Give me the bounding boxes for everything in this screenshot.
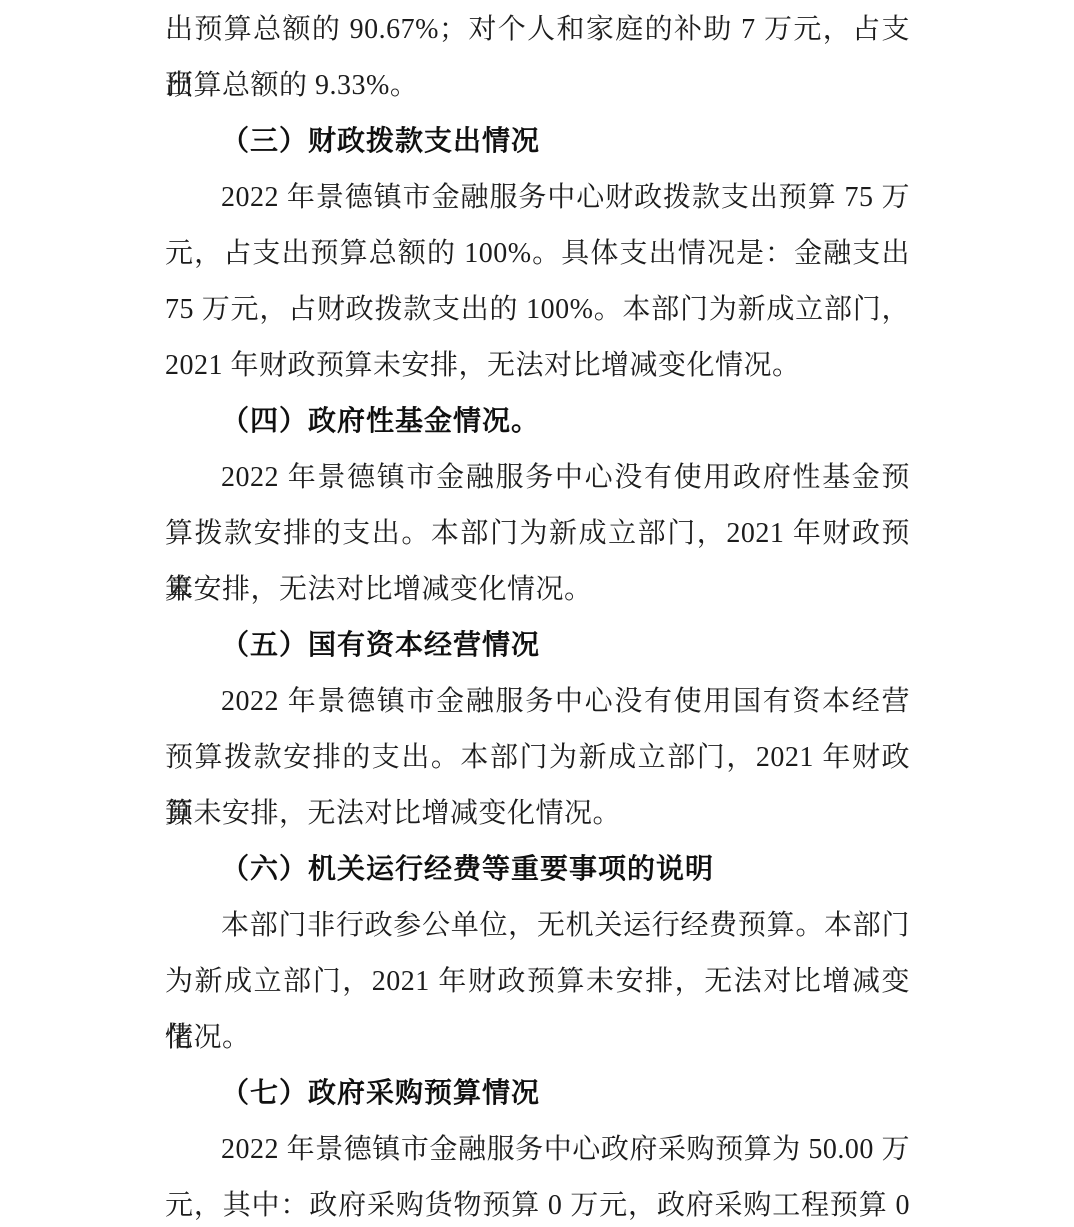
text-line: 预算总额的 9.33%。 [165,58,910,114]
section-heading-6: （六）机关运行经费等重要事项的说明 [165,842,910,898]
text-line: 预算拨款安排的支出。本部门为新成立部门，2021 年财政预 [165,730,910,786]
text-line: 2022 年景德镇市金融服务中心没有使用国有资本经营 [165,674,910,730]
text-line: 75 万元，占财政拨款支出的 100%。本部门为新成立部门， [165,282,910,338]
text-line: 元，其中：政府采购货物预算 0 万元，政府采购工程预算 0 [165,1178,910,1227]
document-page: 出预算总额的 90.67%；对个人和家庭的补助 7 万元，占支出 预算总额的 9… [0,0,1074,1227]
text-line: 2021 年财政预算未安排，无法对比增减变化情况。 [165,338,910,394]
text-line: 算未安排，无法对比增减变化情况。 [165,786,910,842]
text-line: 算拨款安排的支出。本部门为新成立部门，2021 年财政预算 [165,506,910,562]
section-heading-7: （七）政府采购预算情况 [165,1066,910,1122]
section-heading-5: （五）国有资本经营情况 [165,618,910,674]
paragraph: 2022 年景德镇市金融服务中心没有使用国有资本经营 预算拨款安排的支出。本部门… [165,674,910,842]
text-line: 情况。 [165,1010,910,1066]
text-line: 出预算总额的 90.67%；对个人和家庭的补助 7 万元，占支出 [165,2,910,58]
text-line: 本部门非行政参公单位，无机关运行经费预算。本部门 [165,898,910,954]
text-line: 2022 年景德镇市金融服务中心没有使用政府性基金预 [165,450,910,506]
text-line: 2022 年景德镇市金融服务中心政府采购预算为 50.00 万 [165,1122,910,1178]
text-line: 2022 年景德镇市金融服务中心财政拨款支出预算 75 万 [165,170,910,226]
paragraph: 2022 年景德镇市金融服务中心没有使用政府性基金预 算拨款安排的支出。本部门为… [165,450,910,618]
text-line: 未安排，无法对比增减变化情况。 [165,562,910,618]
section-heading-4: （四）政府性基金情况。 [165,394,910,450]
text-line: 为新成立部门，2021 年财政预算未安排，无法对比增减变化 [165,954,910,1010]
paragraph: 2022 年景德镇市金融服务中心财政拨款支出预算 75 万 元，占支出预算总额的… [165,170,910,394]
paragraph: 本部门非行政参公单位，无机关运行经费预算。本部门 为新成立部门，2021 年财政… [165,898,910,1066]
paragraph-continuation: 出预算总额的 90.67%；对个人和家庭的补助 7 万元，占支出 预算总额的 9… [165,2,910,114]
paragraph: 2022 年景德镇市金融服务中心政府采购预算为 50.00 万 元，其中：政府采… [165,1122,910,1227]
text-line: 元，占支出预算总额的 100%。具体支出情况是：金融支出 [165,226,910,282]
section-heading-3: （三）财政拨款支出情况 [165,114,910,170]
